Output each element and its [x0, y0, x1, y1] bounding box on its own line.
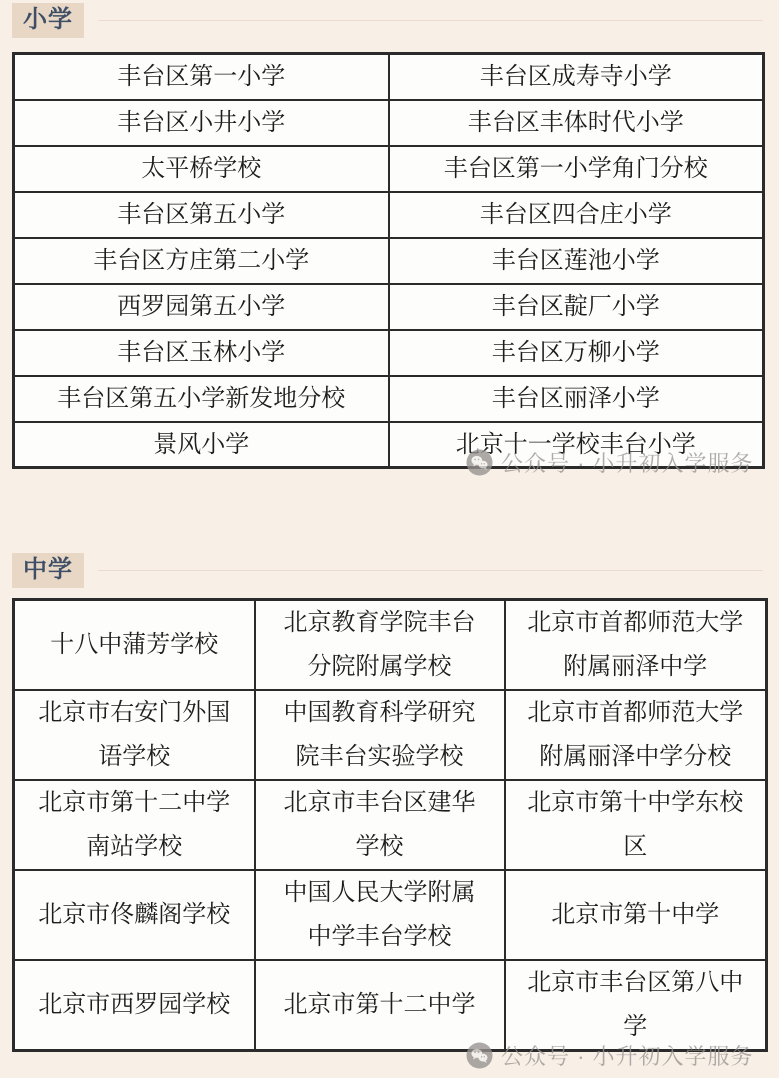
table-cell: 景风小学 [14, 422, 389, 468]
table-cell: 北京市丰台区第八中学 [505, 960, 767, 1051]
table-row: 太平桥学校 丰台区第一小学角门分校 [14, 146, 764, 192]
table-cell: 北京市第十中学东校区 [505, 780, 767, 870]
table-cell: 北京十一学校丰台小学 [389, 422, 764, 468]
table-cell: 中国人民大学附属中学丰台学校 [255, 870, 505, 960]
table-row: 北京市佟麟阁学校 中国人民大学附属中学丰台学校 北京市第十中学 [14, 870, 767, 960]
table-cell: 丰台区靛厂小学 [389, 284, 764, 330]
table-cell: 中国教育科学研究院丰台实验学校 [255, 690, 505, 780]
table-cell: 北京市右安门外国语学校 [14, 690, 255, 780]
table-row: 景风小学 北京十一学校丰台小学 [14, 422, 764, 468]
section-title-middle: 中学 [12, 553, 84, 588]
table-cell: 丰台区成寿寺小学 [389, 54, 764, 100]
table-row: 丰台区第一小学 丰台区成寿寺小学 [14, 54, 764, 100]
header-rule [98, 570, 763, 571]
table-cell: 丰台区方庄第二小学 [14, 238, 389, 284]
table-cell: 北京市佟麟阁学校 [14, 870, 255, 960]
table-row: 十八中蒲芳学校 北京教育学院丰台分院附属学校 北京市首都师范大学附属丽泽中学 [14, 600, 767, 691]
table-row: 丰台区第五小学 丰台区四合庄小学 [14, 192, 764, 238]
table-cell: 北京市第十二中学 [255, 960, 505, 1051]
table-cell: 丰台区莲池小学 [389, 238, 764, 284]
table-cell: 丰台区小井小学 [14, 100, 389, 146]
table-row: 北京市右安门外国语学校 中国教育科学研究院丰台实验学校 北京市首都师范大学附属丽… [14, 690, 767, 780]
article-page: { "page": { "background_color": "#f8efe6… [0, 0, 779, 1078]
table-cell: 丰台区第一小学 [14, 54, 389, 100]
table-cell: 北京市首都师范大学附属丽泽中学 [505, 600, 767, 691]
section-header-middle: 中学 [12, 553, 763, 588]
header-rule [98, 20, 763, 21]
table-row: 丰台区玉林小学 丰台区万柳小学 [14, 330, 764, 376]
primary-school-table: 丰台区第一小学 丰台区成寿寺小学 丰台区小井小学 丰台区丰体时代小学 太平桥学校… [12, 52, 765, 469]
table-cell: 丰台区丽泽小学 [389, 376, 764, 422]
section-title-primary: 小学 [12, 3, 84, 38]
table-cell: 北京市西罗园学校 [14, 960, 255, 1051]
table-cell: 丰台区第五小学 [14, 192, 389, 238]
table-cell: 北京教育学院丰台分院附属学校 [255, 600, 505, 691]
table-row: 西罗园第五小学 丰台区靛厂小学 [14, 284, 764, 330]
table-cell: 北京市第十二中学南站学校 [14, 780, 255, 870]
table-cell: 太平桥学校 [14, 146, 389, 192]
table-cell: 北京市丰台区建华学校 [255, 780, 505, 870]
table-row: 丰台区方庄第二小学 丰台区莲池小学 [14, 238, 764, 284]
table-cell: 北京市首都师范大学附属丽泽中学分校 [505, 690, 767, 780]
table-cell: 丰台区万柳小学 [389, 330, 764, 376]
table-cell: 丰台区玉林小学 [14, 330, 389, 376]
table-row: 北京市第十二中学南站学校 北京市丰台区建华学校 北京市第十中学东校区 [14, 780, 767, 870]
table-cell: 丰台区四合庄小学 [389, 192, 764, 238]
middle-school-table: 十八中蒲芳学校 北京教育学院丰台分院附属学校 北京市首都师范大学附属丽泽中学 北… [12, 598, 768, 1052]
table-cell: 丰台区丰体时代小学 [389, 100, 764, 146]
table-cell: 西罗园第五小学 [14, 284, 389, 330]
table-cell: 十八中蒲芳学校 [14, 600, 255, 691]
table-cell: 丰台区第五小学新发地分校 [14, 376, 389, 422]
table-row: 北京市西罗园学校 北京市第十二中学 北京市丰台区第八中学 [14, 960, 767, 1051]
table-cell: 北京市第十中学 [505, 870, 767, 960]
table-cell: 丰台区第一小学角门分校 [389, 146, 764, 192]
table-row: 丰台区小井小学 丰台区丰体时代小学 [14, 100, 764, 146]
section-header-primary: 小学 [12, 3, 763, 38]
table-row: 丰台区第五小学新发地分校 丰台区丽泽小学 [14, 376, 764, 422]
